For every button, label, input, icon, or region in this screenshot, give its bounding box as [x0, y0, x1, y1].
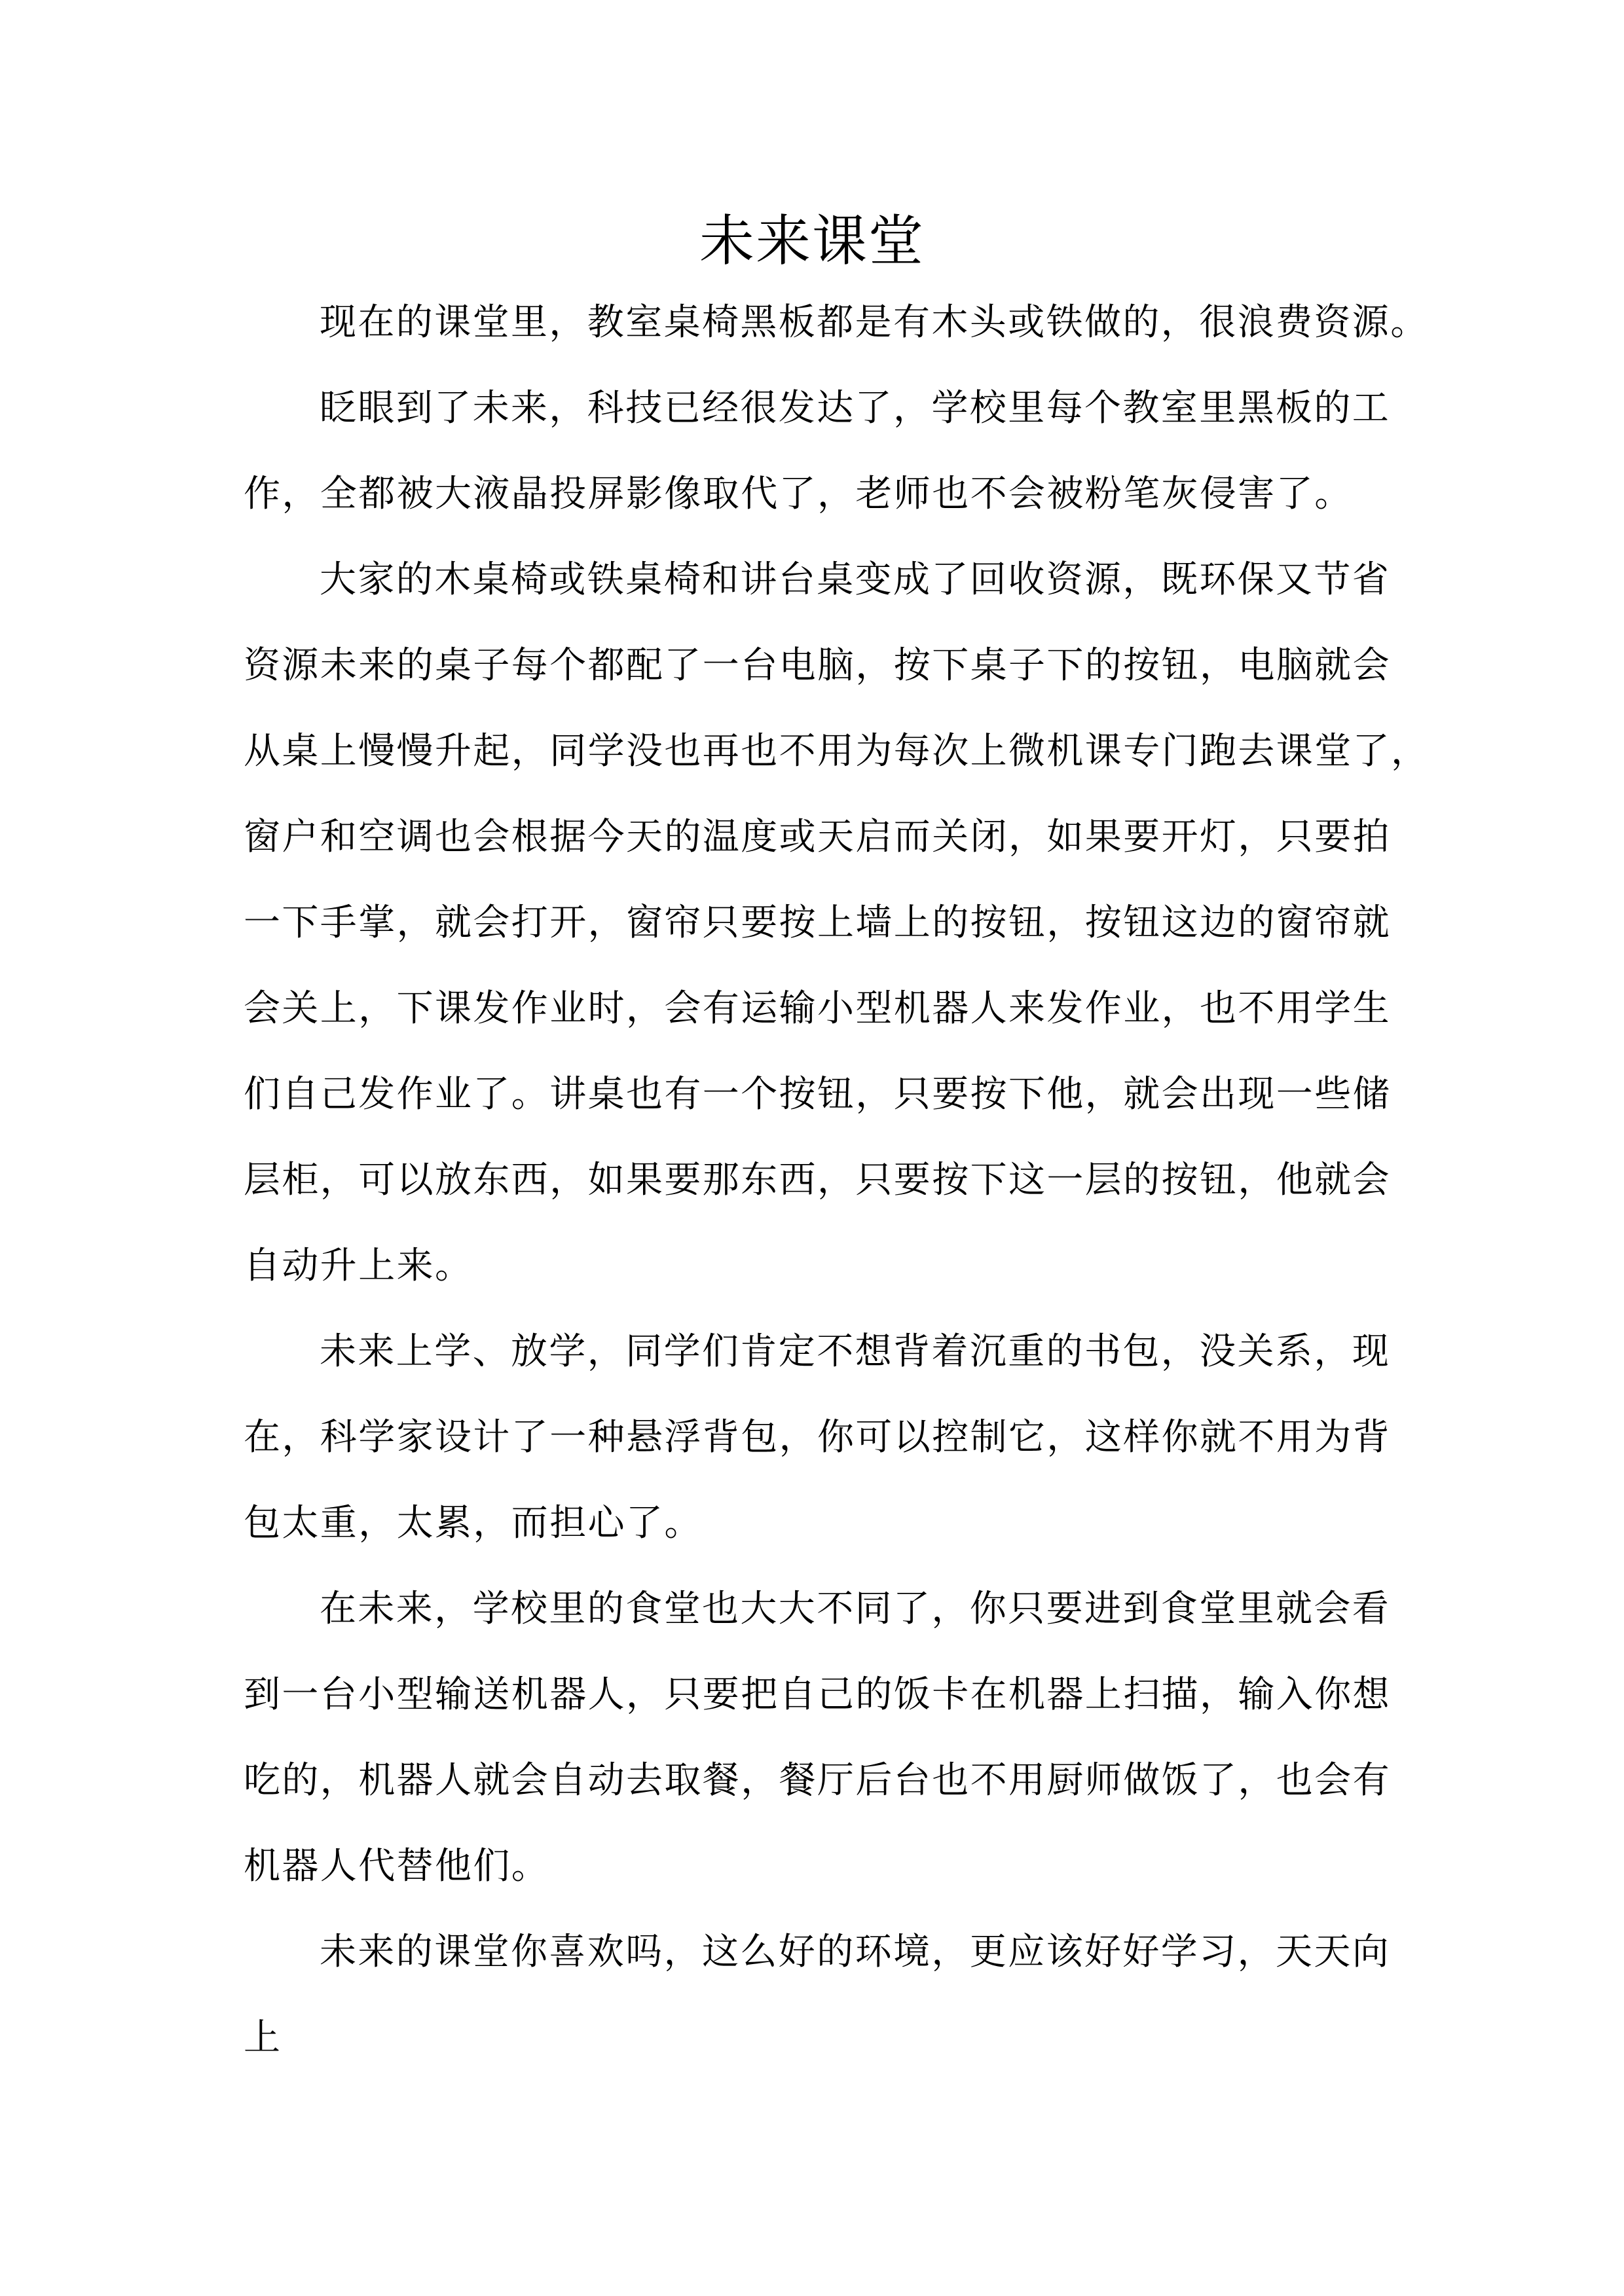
- text-line: 未来上学、放学，同学们肯定不想背着沉重的书包，没关系，现: [244, 1329, 1396, 1415]
- text-line: 层柜，可以放东西，如果要那东西，只要按下这一层的按钮，他就会: [244, 1157, 1396, 1243]
- text-line: 眨眼到了未来，科技已经很发达了，学校里每个教室里黑板的工: [244, 386, 1396, 471]
- text-line: 现在的课堂里，教室桌椅黑板都是有木头或铁做的，很浪费资源。: [244, 300, 1396, 386]
- text-line: 机器人代替他们。: [244, 1844, 1396, 1929]
- text-line: 到一台小型输送机器人，只要把自己的饭卡在机器上扫描，输入你想: [244, 1672, 1396, 1758]
- text-line: 资源未来的桌子每个都配了一台电脑，按下桌子下的按钮，电脑就会: [244, 643, 1396, 729]
- text-line: 自动升上来。: [244, 1243, 1396, 1329]
- document-body: 现在的课堂里，教室桌椅黑板都是有木头或铁做的，很浪费资源。 眨眼到了未来，科技已…: [244, 300, 1396, 2101]
- text-line: 在，科学家设计了一种悬浮背包，你可以控制它，这样你就不用为背: [244, 1415, 1396, 1501]
- text-line: 窗户和空调也会根据今天的温度或天启而关闭，如果要开灯，只要拍: [244, 814, 1396, 900]
- document-title: 未来课堂: [0, 208, 1624, 274]
- text-line: 上: [244, 2015, 1396, 2101]
- text-line: 未来的课堂你喜欢吗，这么好的环境，更应该好好学习，天天向: [244, 1929, 1396, 2015]
- text-line: 从桌上慢慢升起，同学没也再也不用为每次上微机课专门跑去课堂了，: [244, 729, 1396, 814]
- document-page: 未来课堂 现在的课堂里，教室桌椅黑板都是有木头或铁做的，很浪费资源。 眨眼到了未…: [0, 0, 1624, 2296]
- text-line: 在未来，学校里的食堂也大大不同了，你只要进到食堂里就会看: [244, 1586, 1396, 1672]
- text-line: 作，全都被大液晶投屏影像取代了，老师也不会被粉笔灰侵害了。: [244, 471, 1396, 557]
- text-line: 吃的，机器人就会自动去取餐，餐厅后台也不用厨师做饭了，也会有: [244, 1758, 1396, 1844]
- text-line: 会关上，下课发作业时，会有运输小型机器人来发作业，也不用学生: [244, 986, 1396, 1072]
- text-line: 们自己发作业了。讲桌也有一个按钮，只要按下他，就会出现一些储: [244, 1072, 1396, 1157]
- text-line: 一下手掌，就会打开，窗帘只要按上墙上的按钮，按钮这边的窗帘就: [244, 900, 1396, 986]
- text-line: 大家的木桌椅或铁桌椅和讲台桌变成了回收资源，既环保又节省: [244, 557, 1396, 643]
- text-line: 包太重，太累，而担心了。: [244, 1501, 1396, 1586]
